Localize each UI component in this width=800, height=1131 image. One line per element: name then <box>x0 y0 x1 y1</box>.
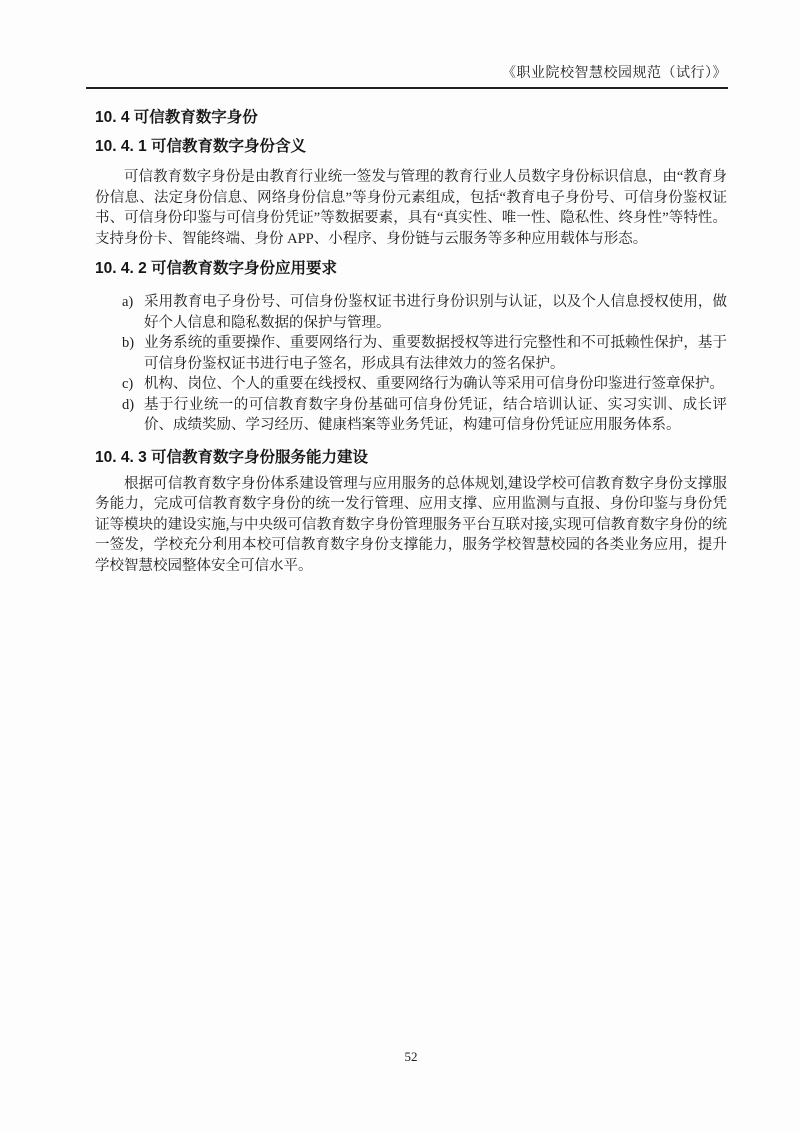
document-title: 《职业院校智慧校园规范（试行）》 <box>502 66 727 81</box>
list-item-text: 业务系统的重要操作、重要网络行为、重要数据授权等进行完整性和不可抵赖性保护，基于… <box>144 335 727 372</box>
list-marker: b) <box>122 333 134 354</box>
list-item: a) 采用教育电子身份号、可信身份鉴权证书进行身份识别与认证，以及个人信息授权使… <box>95 292 727 333</box>
document-page: 《职业院校智慧校园规范（试行）》 10. 4 可信教育数字身份 10. 4. 1… <box>0 0 800 1131</box>
subsection-heading-requirements: 10. 4. 2 可信教育数字身份应用要求 <box>95 258 727 280</box>
section-heading: 10. 4 可信教育数字身份 <box>95 107 727 129</box>
list-item-text: 基于行业统一的可信教育数字身份基础可信身份凭证，结合培训认证、实习实训、成长评价… <box>144 397 727 434</box>
list-item: d) 基于行业统一的可信教育数字身份基础可信身份凭证，结合培训认证、实习实训、成… <box>95 395 727 436</box>
list-marker: c) <box>122 374 133 395</box>
page-content: 10. 4 可信教育数字身份 10. 4. 1 可信教育数字身份含义 可信教育数… <box>95 88 727 576</box>
list-item-text: 采用教育电子身份号、可信身份鉴权证书进行身份识别与认证，以及个人信息授权使用，做… <box>144 294 727 331</box>
subsection-heading-capability: 10. 4. 3 可信教育数字身份服务能力建设 <box>95 447 727 469</box>
list-item: b) 业务系统的重要操作、重要网络行为、重要数据授权等进行完整性和不可抵赖性保护… <box>95 333 727 374</box>
page-number: 52 <box>405 1049 418 1064</box>
page-footer: 52 <box>95 1049 727 1065</box>
paragraph-meaning: 可信教育数字身份是由教育行业统一签发与管理的教育行业人员数字身份标识信息，由“教… <box>95 167 727 249</box>
running-header: 《职业院校智慧校园规范（试行）》 <box>95 62 727 82</box>
list-marker: d) <box>122 395 134 416</box>
subsection-heading-meaning: 10. 4. 1 可信教育数字身份含义 <box>95 136 727 158</box>
list-item: c) 机构、岗位、个人的重要在线授权、重要网络行为确认等采用可信身份印鉴进行签章… <box>95 374 727 395</box>
list-item-text: 机构、岗位、个人的重要在线授权、重要网络行为确认等采用可信身份印鉴进行签章保护。 <box>144 376 724 392</box>
paragraph-capability: 根据可信教育数字身份体系建设管理与应用服务的总体规划,建设学校可信教育数字身份支… <box>95 474 727 577</box>
list-marker: a) <box>122 292 133 313</box>
requirements-list: a) 采用教育电子身份号、可信身份鉴权证书进行身份识别与认证，以及个人信息授权使… <box>95 292 727 436</box>
